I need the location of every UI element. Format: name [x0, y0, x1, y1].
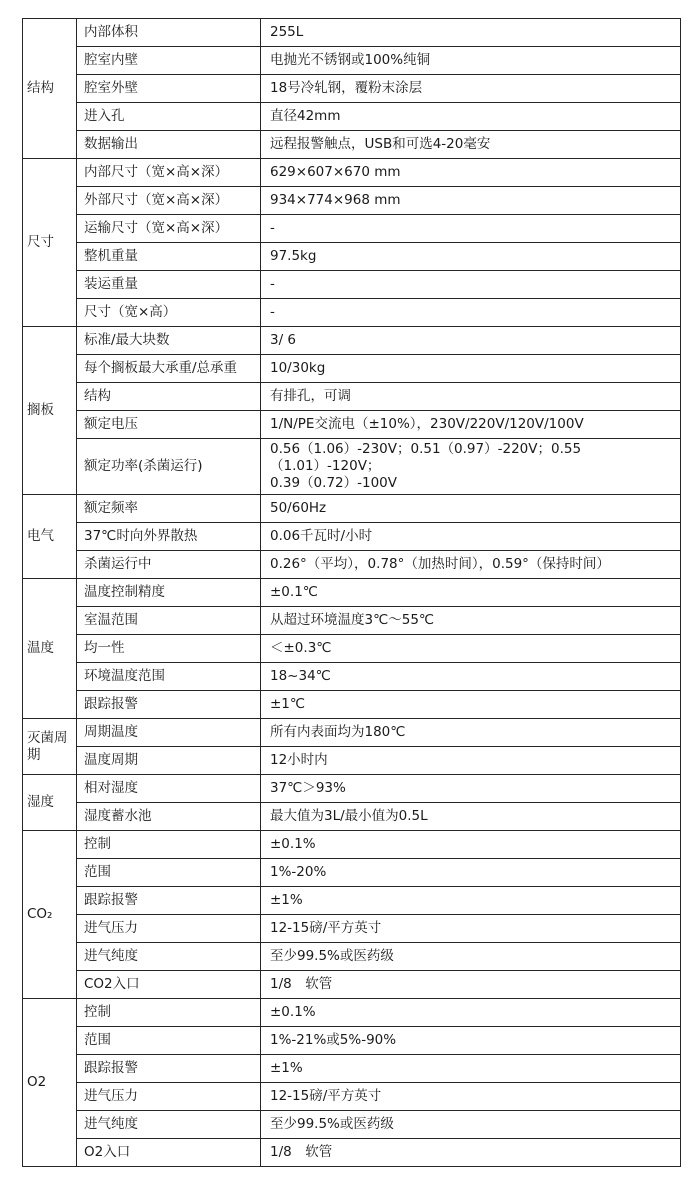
param-cell: 范围 — [77, 1027, 261, 1055]
value-cell: 最大值为3L/最小值为0.5L — [261, 803, 681, 831]
param-cell: 37℃时向外界散热 — [77, 523, 261, 551]
table-row: 运输尺寸（宽×高×深）- — [23, 215, 681, 243]
value-cell: 1%-21%或5%-90% — [261, 1027, 681, 1055]
table-row: 搁板标准/最大块数3/ 6 — [23, 327, 681, 355]
value-cell: 至少99.5%或医药级 — [261, 1111, 681, 1139]
table-row: 尺寸（宽×高）- — [23, 299, 681, 327]
table-row: 温度温度控制精度±0.1℃ — [23, 579, 681, 607]
param-cell: 进气纯度 — [77, 943, 261, 971]
table-row: 均一性＜±0.3℃ — [23, 635, 681, 663]
table-row: 37℃时向外界散热0.06千瓦时/小时 — [23, 523, 681, 551]
value-cell: 远程报警触点，USB和可选4-20毫安 — [261, 131, 681, 159]
value-cell: ±1% — [261, 1055, 681, 1083]
spec-table: 结构内部体积255L腔室内壁电抛光不锈钢或100%纯铜腔室外壁18号冷轧钢，覆粉… — [22, 18, 681, 1167]
table-row: 装运重量- — [23, 271, 681, 299]
table-row: 外部尺寸（宽×高×深）934×774×968 mm — [23, 187, 681, 215]
param-cell: 范围 — [77, 859, 261, 887]
param-cell: 外部尺寸（宽×高×深） — [77, 187, 261, 215]
table-row: O2控制±0.1% — [23, 999, 681, 1027]
param-cell: 温度周期 — [77, 747, 261, 775]
value-cell: - — [261, 271, 681, 299]
param-cell: 内部体积 — [77, 19, 261, 47]
param-cell: 跟踪报警 — [77, 691, 261, 719]
value-cell: 97.5kg — [261, 243, 681, 271]
table-row: 湿度相对湿度37℃＞93% — [23, 775, 681, 803]
value-cell: 0.26°（平均），0.78°（加热时间），0.59°（保持时间） — [261, 551, 681, 579]
table-row: 腔室内壁电抛光不锈钢或100%纯铜 — [23, 47, 681, 75]
value-cell: 0.06千瓦时/小时 — [261, 523, 681, 551]
category-cell: CO₂ — [23, 831, 77, 999]
category-cell: 尺寸 — [23, 159, 77, 327]
param-cell: 整机重量 — [77, 243, 261, 271]
value-cell: 12-15磅/平方英寸 — [261, 1083, 681, 1111]
table-row: 每个搁板最大承重/总承重10/30kg — [23, 355, 681, 383]
param-cell: 结构 — [77, 383, 261, 411]
param-cell: 腔室外壁 — [77, 75, 261, 103]
table-row: 结构有排孔，可调 — [23, 383, 681, 411]
param-cell: 每个搁板最大承重/总承重 — [77, 355, 261, 383]
value-cell: 18号冷轧钢，覆粉末涂层 — [261, 75, 681, 103]
table-row: O2入口1/8 软管 — [23, 1139, 681, 1167]
value-cell: 10/30kg — [261, 355, 681, 383]
value-cell: 1%-20% — [261, 859, 681, 887]
table-row: 进气纯度至少99.5%或医药级 — [23, 1111, 681, 1139]
value-cell: 50/60Hz — [261, 495, 681, 523]
category-cell: 灭菌周期 — [23, 719, 77, 775]
value-cell: 1/N/PE交流电（±10%），230V/220V/120V/100V — [261, 411, 681, 439]
table-row: 范围1%-21%或5%-90% — [23, 1027, 681, 1055]
value-cell: 0.56（1.06）-230V；0.51（0.97）-220V；0.55（1.0… — [261, 439, 681, 495]
value-cell: ±0.1% — [261, 831, 681, 859]
param-cell: 环境温度范围 — [77, 663, 261, 691]
table-row: 进气纯度至少99.5%或医药级 — [23, 943, 681, 971]
value-cell: ±1% — [261, 887, 681, 915]
table-row: 范围1%-20% — [23, 859, 681, 887]
param-cell: 数据输出 — [77, 131, 261, 159]
table-row: 温度周期12小时内 — [23, 747, 681, 775]
param-cell: 内部尺寸（宽×高×深） — [77, 159, 261, 187]
param-cell: 相对湿度 — [77, 775, 261, 803]
table-row: CO2入口1/8 软管 — [23, 971, 681, 999]
param-cell: 湿度蓄水池 — [77, 803, 261, 831]
param-cell: 腔室内壁 — [77, 47, 261, 75]
table-row: 跟踪报警±1% — [23, 1055, 681, 1083]
value-cell: 18~34℃ — [261, 663, 681, 691]
table-row: 进气压力12-15磅/平方英寸 — [23, 1083, 681, 1111]
category-cell: 温度 — [23, 579, 77, 719]
value-cell: 从超过环境温度3℃～55℃ — [261, 607, 681, 635]
category-cell: O2 — [23, 999, 77, 1167]
param-cell: O2入口 — [77, 1139, 261, 1167]
param-cell: 温度控制精度 — [77, 579, 261, 607]
param-cell: 跟踪报警 — [77, 1055, 261, 1083]
table-row: CO₂控制±0.1% — [23, 831, 681, 859]
table-row: 数据输出远程报警触点，USB和可选4-20毫安 — [23, 131, 681, 159]
value-cell: 255L — [261, 19, 681, 47]
param-cell: 室温范围 — [77, 607, 261, 635]
value-cell: 934×774×968 mm — [261, 187, 681, 215]
value-cell: 电抛光不锈钢或100%纯铜 — [261, 47, 681, 75]
table-row: 跟踪报警±1% — [23, 887, 681, 915]
param-cell: 控制 — [77, 999, 261, 1027]
table-row: 灭菌周期周期温度所有内表面均为180℃ — [23, 719, 681, 747]
table-row: 额定电压1/N/PE交流电（±10%），230V/220V/120V/100V — [23, 411, 681, 439]
param-cell: 尺寸（宽×高） — [77, 299, 261, 327]
value-cell: 629×607×670 mm — [261, 159, 681, 187]
param-cell: 额定电压 — [77, 411, 261, 439]
table-row: 进入孔直径42mm — [23, 103, 681, 131]
value-cell: 12-15磅/平方英寸 — [261, 915, 681, 943]
value-cell: 3/ 6 — [261, 327, 681, 355]
param-cell: 进气纯度 — [77, 1111, 261, 1139]
category-cell: 湿度 — [23, 775, 77, 831]
value-cell: 37℃＞93% — [261, 775, 681, 803]
spec-sheet-page: 结构内部体积255L腔室内壁电抛光不锈钢或100%纯铜腔室外壁18号冷轧钢，覆粉… — [0, 0, 696, 1204]
param-cell: CO2入口 — [77, 971, 261, 999]
param-cell: 装运重量 — [77, 271, 261, 299]
param-cell: 进气压力 — [77, 915, 261, 943]
param-cell: 均一性 — [77, 635, 261, 663]
table-row: 环境温度范围18~34℃ — [23, 663, 681, 691]
category-cell: 搁板 — [23, 327, 77, 495]
value-cell: ±1℃ — [261, 691, 681, 719]
param-cell: 额定功率(杀菌运行) — [77, 439, 261, 495]
table-row: 腔室外壁18号冷轧钢，覆粉末涂层 — [23, 75, 681, 103]
param-cell: 进入孔 — [77, 103, 261, 131]
table-row: 室温范围从超过环境温度3℃～55℃ — [23, 607, 681, 635]
value-cell: ＜±0.3℃ — [261, 635, 681, 663]
value-cell: - — [261, 215, 681, 243]
table-row: 杀菌运行中0.26°（平均），0.78°（加热时间），0.59°（保持时间） — [23, 551, 681, 579]
table-row: 进气压力12-15磅/平方英寸 — [23, 915, 681, 943]
value-cell: ±0.1℃ — [261, 579, 681, 607]
value-cell: 有排孔，可调 — [261, 383, 681, 411]
value-cell: 1/8 软管 — [261, 1139, 681, 1167]
param-cell: 杀菌运行中 — [77, 551, 261, 579]
param-cell: 控制 — [77, 831, 261, 859]
value-cell: 所有内表面均为180℃ — [261, 719, 681, 747]
value-cell: 至少99.5%或医药级 — [261, 943, 681, 971]
table-row: 结构内部体积255L — [23, 19, 681, 47]
param-cell: 运输尺寸（宽×高×深） — [77, 215, 261, 243]
param-cell: 标准/最大块数 — [77, 327, 261, 355]
category-cell: 结构 — [23, 19, 77, 159]
param-cell: 周期温度 — [77, 719, 261, 747]
table-row: 湿度蓄水池最大值为3L/最小值为0.5L — [23, 803, 681, 831]
param-cell: 进气压力 — [77, 1083, 261, 1111]
table-row: 尺寸内部尺寸（宽×高×深）629×607×670 mm — [23, 159, 681, 187]
param-cell: 额定频率 — [77, 495, 261, 523]
value-cell: ±0.1% — [261, 999, 681, 1027]
category-cell: 电气 — [23, 495, 77, 579]
value-cell: 1/8 软管 — [261, 971, 681, 999]
param-cell: 跟踪报警 — [77, 887, 261, 915]
table-row: 跟踪报警±1℃ — [23, 691, 681, 719]
table-row: 整机重量97.5kg — [23, 243, 681, 271]
table-row: 额定功率(杀菌运行)0.56（1.06）-230V；0.51（0.97）-220… — [23, 439, 681, 495]
table-row: 电气额定频率50/60Hz — [23, 495, 681, 523]
value-cell: 直径42mm — [261, 103, 681, 131]
value-cell: 12小时内 — [261, 747, 681, 775]
value-cell: - — [261, 299, 681, 327]
